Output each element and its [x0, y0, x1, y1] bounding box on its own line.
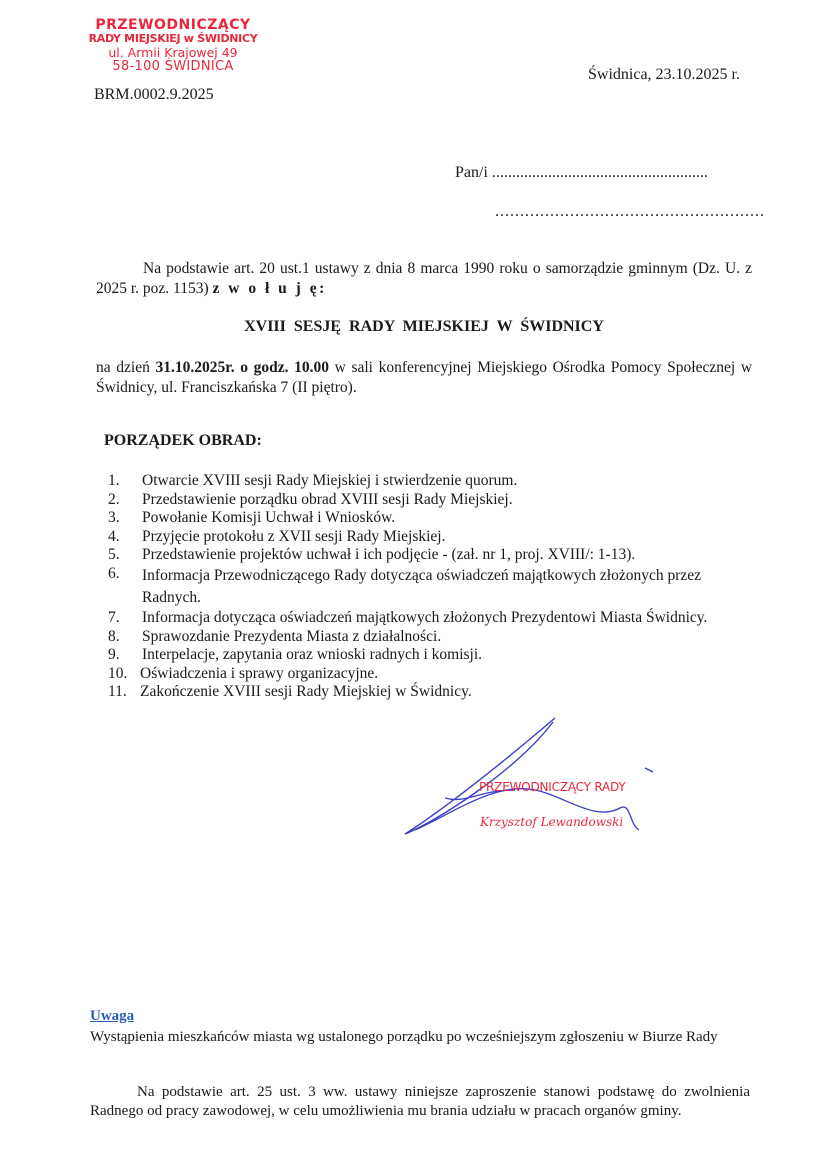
agenda-item-number: 1. — [108, 472, 142, 491]
agenda-item-text: Sprawozdanie Prezydenta Miasta z działal… — [142, 628, 758, 647]
session-prefix: na dzień — [96, 359, 150, 376]
agenda-item-text: Informacja Przewodniczącego Rady dotyczą… — [142, 565, 758, 609]
agenda-item: 4.Przyjęcie protokołu z XVII sesji Rady … — [108, 528, 758, 547]
stamp-line-4: 58-100 ŚWIDNICA — [88, 60, 258, 74]
footer-paragraph: Na podstawie art. 25 ust. 3 ww. ustawy n… — [90, 1083, 750, 1121]
addressee-line-1: Pan/i ..................................… — [455, 164, 708, 182]
agenda-item-text: Otwarcie XVIII sesji Rady Miejskiej i st… — [142, 472, 758, 491]
agenda-item-number: 11. — [108, 683, 140, 702]
agenda-item-number: 9. — [108, 646, 142, 665]
agenda-item-text: Interpelacje, zapytania oraz wnioski rad… — [142, 646, 758, 665]
agenda-item: 10.Oświadczenia i sprawy organizacyjne. — [108, 665, 758, 684]
note-text: Wystąpienia mieszkańców miasta wg ustalo… — [90, 1029, 718, 1046]
session-datetime: 31.10.2025r. o godz. 10.00 — [155, 359, 329, 376]
agenda-item: 7.Informacja dotycząca oświadczeń majątk… — [108, 609, 758, 628]
convene-word: z w o ł u j ę: — [213, 280, 327, 297]
session-title: XVIII SESJĘ RADY MIEJSKIEJ W ŚWIDNICY — [96, 318, 752, 336]
agenda-item: 8.Sprawozdanie Prezydenta Miasta z dział… — [108, 628, 758, 647]
agenda-item-number: 8. — [108, 628, 142, 647]
agenda-item-text: Zakończenie XVIII sesji Rady Miejskiej w… — [140, 683, 758, 702]
agenda-list: 1.Otwarcie XVIII sesji Rady Miejskiej i … — [108, 472, 758, 702]
intro-text: Na podstawie art. 20 ust.1 ustawy z dnia… — [96, 260, 752, 297]
addressee-dots-2: ........................................… — [495, 203, 765, 221]
agenda-item-number: 7. — [108, 609, 142, 628]
agenda-item-text: Przedstawienie porządku obrad XVIII sesj… — [142, 491, 758, 510]
reference-number: BRM.0002.9.2025 — [94, 86, 214, 104]
agenda-item-number: 10. — [108, 665, 140, 684]
agenda-item-text: Informacja dotycząca oświadczeń majątkow… — [142, 609, 758, 628]
agenda-item-text: Powołanie Komisji Uchwał i Wniosków. — [142, 509, 758, 528]
addressee-dots-1: ........................................… — [492, 164, 708, 181]
stamp-line-3: ul. Armii Krajowej 49 — [88, 46, 258, 60]
agenda-item-number: 2. — [108, 491, 142, 510]
signature-name: Krzysztof Lewandowski — [480, 815, 623, 829]
addressee-label: Pan/i — [455, 164, 488, 181]
note-heading: Uwaga — [90, 1008, 134, 1025]
agenda-item-number: 4. — [108, 528, 142, 547]
session-info: na dzień 31.10.2025r. o godz. 10.00 w sa… — [96, 358, 752, 398]
agenda-item-text: Przyjęcie protokołu z XVII sesji Rady Mi… — [142, 528, 758, 547]
agenda-item: 9.Interpelacje, zapytania oraz wnioski r… — [108, 646, 758, 665]
agenda-item: 11.Zakończenie XVIII sesji Rady Miejskie… — [108, 683, 758, 702]
agenda-item-text: Przedstawienie projektów uchwał i ich po… — [142, 546, 758, 565]
agenda-item: 1.Otwarcie XVIII sesji Rady Miejskiej i … — [108, 472, 758, 491]
official-stamp: PRZEWODNICZĄCY RADY MIEJSKIEJ w ŚWIDNICY… — [88, 18, 258, 74]
place-date: Świdnica, 23.10.2025 r. — [588, 66, 740, 84]
agenda-item: 3.Powołanie Komisji Uchwał i Wniosków. — [108, 509, 758, 528]
agenda-item: 2.Przedstawienie porządku obrad XVIII se… — [108, 491, 758, 510]
agenda-heading: PORZĄDEK OBRAD: — [104, 432, 262, 450]
agenda-item-number: 5. — [108, 546, 142, 565]
agenda-item: 5.Przedstawienie projektów uchwał i ich … — [108, 546, 758, 565]
agenda-item-text: Oświadczenia i sprawy organizacyjne. — [140, 665, 758, 684]
agenda-item-number: 3. — [108, 509, 142, 528]
stamp-line-2: RADY MIEJSKIEJ w ŚWIDNICY — [88, 32, 258, 46]
stamp-line-1: PRZEWODNICZĄCY — [88, 18, 258, 32]
agenda-item-number: 6. — [108, 565, 142, 609]
agenda-item: 6.Informacja Przewodniczącego Rady dotyc… — [108, 565, 758, 609]
intro-paragraph: Na podstawie art. 20 ust.1 ustawy z dnia… — [96, 259, 752, 299]
signature-title: PRZEWODNICZĄCY RADY — [479, 780, 626, 794]
